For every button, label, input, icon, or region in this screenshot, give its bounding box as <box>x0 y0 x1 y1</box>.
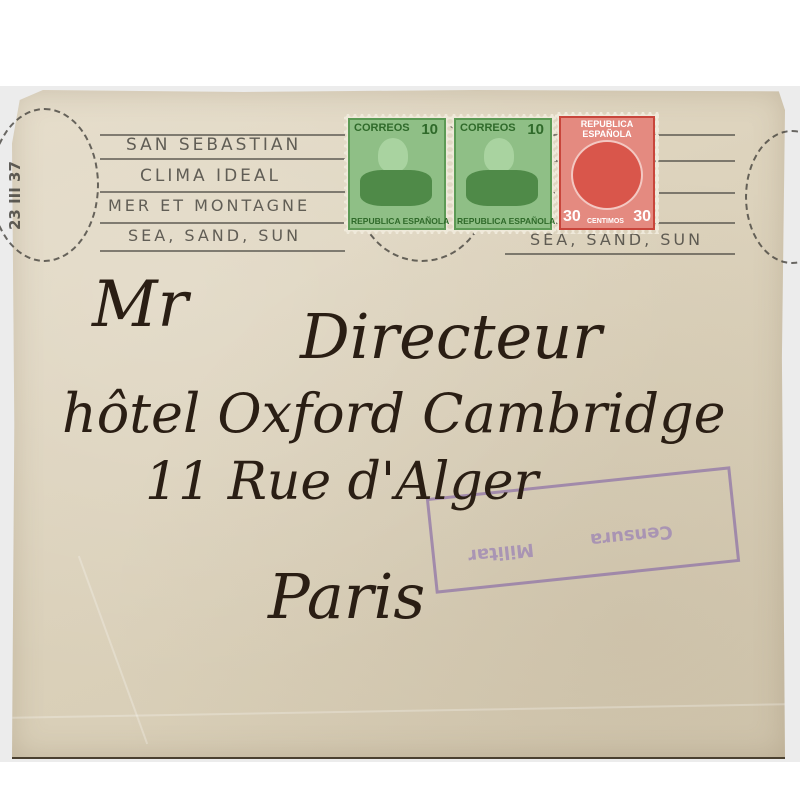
address-line1: hôtel Oxford Cambridge <box>62 382 726 445</box>
stamp-portrait-body <box>466 170 538 206</box>
stamp-value-right: 30 <box>633 208 651 226</box>
cancel-line <box>100 250 345 252</box>
cancel-text-1: SAN SEBASTIAN <box>126 135 301 155</box>
stamp-value: 10 <box>421 121 438 138</box>
stamp-value: 10 <box>527 121 544 138</box>
stamp-country: REPUBLICA ESPAÑOLA <box>457 216 555 226</box>
left-postmark-date: 23 III 37 <box>6 161 24 230</box>
stamp-country: REPUBLICA ESPAÑOLA <box>565 119 649 139</box>
cancel-line <box>100 191 345 193</box>
cancel-text-3: MER ET MONTAGNE <box>108 196 310 215</box>
cancel-text-4: SEA, SAND, SUN <box>128 226 301 245</box>
stamp-portrait <box>484 138 514 172</box>
cancel-text-2: CLIMA IDEAL <box>140 166 281 186</box>
stamp-top-label: CORREOS <box>460 122 516 134</box>
address-city: Paris <box>268 560 425 633</box>
stamp-green-10cts-1: CORREOS 10 REPUBLICA ESPAÑOLA <box>344 114 450 234</box>
address-line2: 11 Rue d'Alger <box>145 452 538 512</box>
cancel-line <box>100 158 345 160</box>
stamp-top-label: CORREOS <box>354 122 410 134</box>
stamp-unit: CENTIMOS <box>587 218 624 225</box>
stamp-portrait-body <box>360 170 432 206</box>
stamp-red-30cts: REPUBLICA ESPAÑOLA 30 30 CENTIMOS <box>555 112 659 234</box>
paper-crease <box>12 703 785 718</box>
address-salutation: Mr <box>92 268 188 342</box>
stamp-green-10cts-2: CORREOS 10 REPUBLICA ESPAÑOLA <box>450 114 556 234</box>
address-name: Directeur <box>300 300 602 373</box>
stamp-portrait <box>571 140 643 210</box>
cancel-line <box>505 253 735 255</box>
stamp-value-left: 30 <box>563 208 581 226</box>
stamp-portrait <box>378 138 408 172</box>
stamp-country: REPUBLICA ESPAÑOLA <box>351 216 449 226</box>
cancel-line <box>100 222 345 224</box>
